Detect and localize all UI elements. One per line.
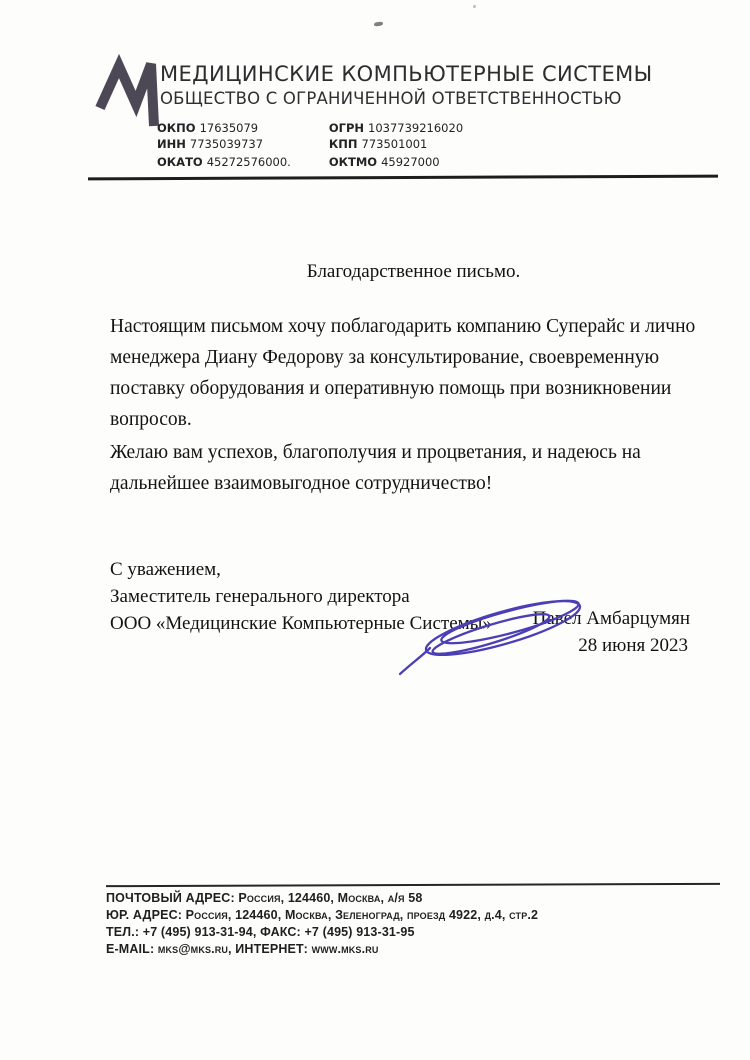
reg-value: 773501001 [362,137,428,151]
reg-label: ОКПО [157,121,196,135]
letter-title: Благодарственное письмо. [116,261,711,283]
footer-contact-block: ПОЧТОВЫЙ АДРЕС: Россия, 124460, Москва, … [106,890,706,958]
company-type: ОБЩЕСТВО С ОГРАНИЧЕННОЙ ОТВЕТСТВЕННОСТЬЮ [160,89,720,108]
reg-label: ОКТМО [329,155,377,169]
footer-legal-address: ЮР. АДРЕС: Россия, 124460, Москва, Зелен… [106,907,706,924]
reg-value: 17635079 [200,121,259,135]
registration-block: ОКПО17635079 ИНН7735039737 ОКАТО45272576… [157,120,463,170]
scan-artifact [473,5,476,8]
registration-right-column: ОГРН1037739216020 КПП773501001 ОКТМО4592… [329,120,463,170]
letter-paragraph: Желаю вам успехов, благополучия и процве… [110,437,710,499]
reg-row-okato: ОКАТО45272576000. [157,154,291,170]
reg-row-kpp: КПП773501001 [329,136,463,152]
handwritten-signature-scribble [398,578,598,678]
reg-row-ogrn: ОГРН1037739216020 [329,120,463,136]
reg-value: 45272576000. [207,155,291,169]
footer-postal-address: ПОЧТОВЫЙ АДРЕС: Россия, 124460, Москва, … [106,890,706,907]
letter-paragraph: Настоящим письмом хочу поблагодарить ком… [110,311,702,435]
footer-divider-rule [106,883,720,887]
reg-label: КПП [329,137,358,151]
reg-row-oktmo: ОКТМО45927000 [329,154,463,170]
reg-value: 45927000 [381,155,440,169]
footer-phone-fax: ТЕЛ.: +7 (495) 913-31-94, ФАКС: +7 (495)… [106,924,706,941]
registration-left-column: ОКПО17635079 ИНН7735039737 ОКАТО45272576… [157,120,291,170]
letterhead-divider-rule [88,175,718,181]
reg-value: 1037739216020 [368,121,463,135]
scan-artifact [374,21,383,26]
reg-value: 7735039737 [190,137,263,151]
reg-label: ОГРН [329,121,364,135]
reg-row-inn: ИНН7735039737 [157,136,291,152]
reg-label: ОКАТО [157,155,203,169]
footer-email-website: E-MAIL: mks@mks.ru, ИНТЕРНЕТ: www.mks.ru [106,941,706,958]
company-logo-m-icon [92,50,162,128]
company-name: МЕДИЦИНСКИЕ КОМПЬЮТЕРНЫЕ СИСТЕМЫ [160,62,720,86]
scanned-letter-page: МЕДИЦИНСКИЕ КОМПЬЮТЕРНЫЕ СИСТЕМЫ ОБЩЕСТВ… [0,0,750,1060]
reg-label: ИНН [157,137,186,151]
reg-row-okpo: ОКПО17635079 [157,120,291,136]
